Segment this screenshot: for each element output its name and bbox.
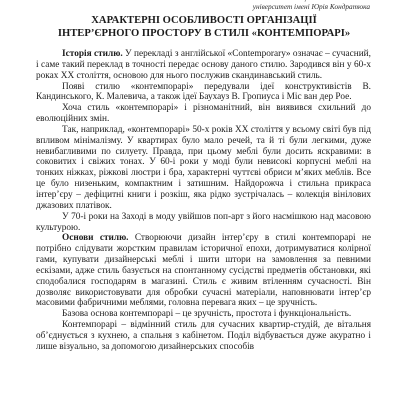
page-title-line-2: ІНТЕР’ЄРНОГО ПРОСТОРУ В СТИЛІ «КОНТЕМПОР… <box>36 27 372 40</box>
paragraph-text: Створюючи дизайн інтер’єру в стилі конте… <box>36 233 371 308</box>
page-title: ХАРАКТЕРНІ ОСОБЛИВОСТІ ОРГАНІЗАЦІЇ ІНТЕР… <box>36 14 372 40</box>
paragraph-text: Появі стилю «контемпорарі» передували ід… <box>36 82 371 103</box>
paragraph-evolution: Хоча стиль «контемпорарі» і різноманітни… <box>36 103 371 125</box>
paragraph-constructivists: Появі стилю «контемпорарі» передували ід… <box>36 82 371 104</box>
paragraph-lead: Основи стилю. <box>62 233 129 243</box>
paragraph-style-basics: Основи стилю. Створюючи дизайн інтер’єру… <box>36 233 371 309</box>
paragraph-text: Базова основа контемпорарі – це зручніст… <box>62 309 351 319</box>
institution-header-line: університет імені Юрія Кондратюка <box>252 2 370 11</box>
paragraph-lead: Історія стилю. <box>62 49 123 59</box>
page-title-line-1: ХАРАКТЕРНІ ОСОБЛИВОСТІ ОРГАНІЗАЦІЇ <box>36 14 372 27</box>
paragraph-70s-popart: У 70-і роки на Заході в моду увійшов поп… <box>36 212 371 234</box>
institution-header: Полтавський національний технічний уніве… <box>252 0 370 11</box>
paragraph-history-intro: Історія стилю. У перекладі з англійської… <box>36 49 371 82</box>
paragraph-base-principles: Базова основа контемпорарі – це зручніст… <box>36 309 371 320</box>
paragraph-50s-60s: Так, наприклад, «контемпорарі» 50-х рокі… <box>36 125 371 212</box>
paragraph-studio-apartments: Контемпорарі – відмінний стиль для сучас… <box>36 320 371 353</box>
document-body: Історія стилю. У перекладі з англійської… <box>36 49 371 353</box>
paragraph-text: У 70-і роки на Заході в моду увійшов поп… <box>36 212 371 233</box>
document-page: Полтавський національний технічний уніве… <box>0 0 400 400</box>
paragraph-text: Так, наприклад, «контемпорарі» 50-х рокі… <box>36 125 371 211</box>
paragraph-text: Контемпорарі – відмінний стиль для сучас… <box>36 320 371 352</box>
paragraph-text: Хоча стиль «контемпорарі» і різноманітни… <box>36 103 371 124</box>
